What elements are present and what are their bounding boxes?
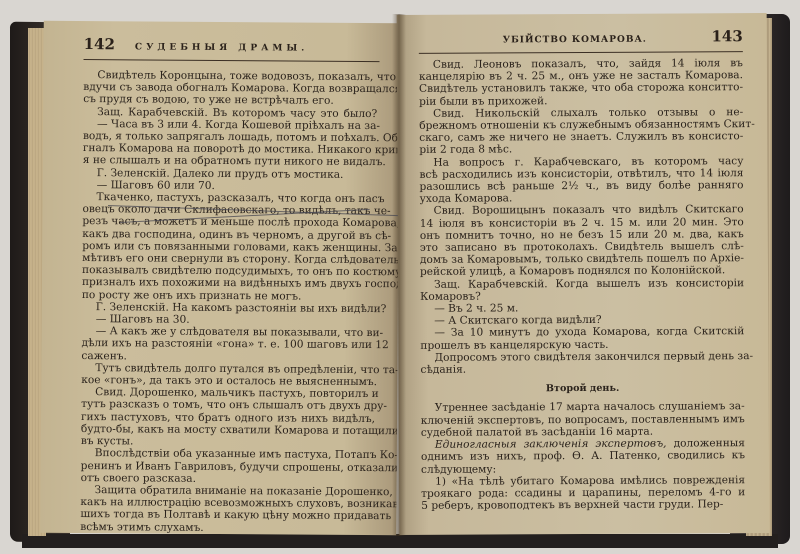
running-title-left: СУДЕБНЫЯ ДРАМЫ. bbox=[135, 42, 308, 53]
page-number-left: 142 bbox=[84, 35, 115, 53]
header-rule-left bbox=[84, 59, 380, 62]
text-line: всѣмъ этимъ слухамъ. bbox=[80, 521, 374, 535]
text-line: разошлись всѣ раньше 2½ ч., въ виду болѣ… bbox=[420, 179, 744, 193]
text-line: скаго, самъ же ничего не знаетъ. Служилъ… bbox=[419, 130, 743, 144]
left-page-header: 142 СУДЕБНЫЯ ДРАМЫ. bbox=[84, 35, 384, 55]
page-number-right: 143 bbox=[711, 27, 742, 45]
text-line: 5 реберъ, кровоподтекъ въ верхней части … bbox=[421, 498, 745, 512]
text-line: ключеній экспертовъ, по вопросамъ, поста… bbox=[421, 413, 745, 427]
text-line: однимъ изъ нихъ, проф. Ѳ. А. Патенко, св… bbox=[421, 449, 745, 463]
book-cover-bottom-edge bbox=[22, 534, 778, 548]
right-page-body: Свид. Леоновъ показалъ, что, зайдя 14 ію… bbox=[419, 57, 745, 512]
open-book: 142 СУДЕБНЫЯ ДРАМЫ. Свидѣтель Коронцына,… bbox=[0, 0, 800, 554]
text-line: Допросомъ этого свидѣтеля закончился пер… bbox=[420, 350, 744, 364]
left-page: 142 СУДЕБНЫЯ ДРАМЫ. Свидѣтель Коронцына,… bbox=[40, 21, 400, 535]
text-line: Защ. Карабчевскій. Когда вышелъ изъ конс… bbox=[420, 277, 744, 291]
right-page: УБІЙСТВО КОМАРОВА. 143 Свид. Леоновъ пок… bbox=[397, 13, 770, 535]
text-line: Свидѣтель установилъ также, что оба стор… bbox=[419, 82, 743, 96]
running-title-right: УБІЙСТВО КОМАРОВА. bbox=[503, 35, 647, 46]
text-line: сѣданія. bbox=[420, 362, 744, 376]
text-line: — За 10 минутъ до ухода Комарова, когда … bbox=[420, 326, 744, 340]
left-page-body: Свидѣтель Коронцына, тоже водовозъ, пока… bbox=[80, 69, 377, 535]
section-heading: Второй день. bbox=[421, 382, 745, 396]
header-rule-right bbox=[419, 51, 743, 54]
book-gutter bbox=[392, 14, 406, 536]
right-page-header: УБІЙСТВО КОМАРОВА. 143 bbox=[419, 27, 743, 47]
